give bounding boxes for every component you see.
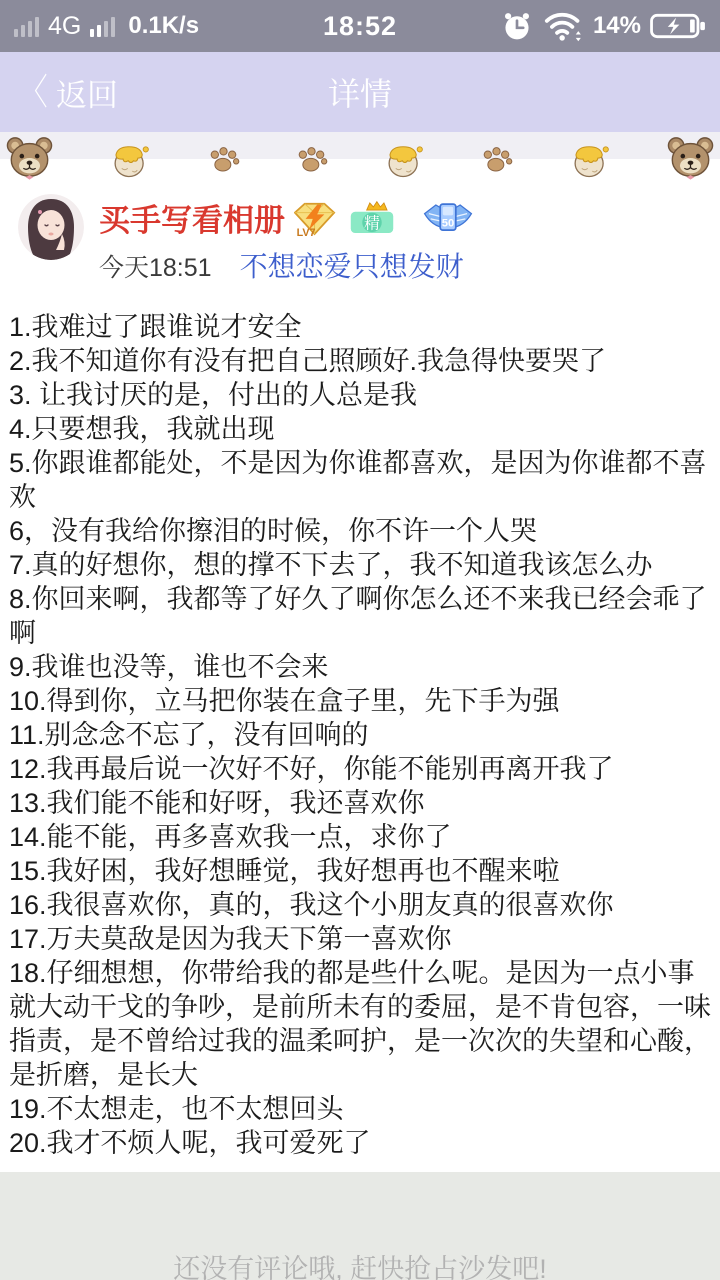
post-line: 17.万夫莫敌是因为我天下第一喜欢你 — [9, 922, 711, 956]
wifi-icon — [542, 9, 584, 43]
status-bar: 4G 0.1K/s 18:52 14% — [0, 0, 720, 52]
network-speed-label: 0.1K/s — [128, 12, 199, 40]
post-line: 1.我难过了跟谁说才安全 — [9, 310, 711, 344]
back-label: 返回 — [56, 70, 118, 115]
post-header-info: 买手写看相册 LV7 精 — [99, 194, 474, 285]
post-line: 13.我们能不能和好呀，我还喜欢你 — [9, 786, 711, 820]
paw-icon — [480, 144, 513, 176]
nav-bar: 〈 返回 详情 — [0, 52, 720, 132]
topic-link[interactable]: 不想恋爱只想发财 — [240, 245, 464, 285]
post-line: 18.仔细想想，你带给我的都是些什么呢。是因为一点小事就大动干戈的争吵，是前所未… — [9, 956, 711, 1092]
svg-text:LV7: LV7 — [297, 226, 316, 237]
post-line: 20.我才不烦人呢，我可爱死了 — [9, 1126, 711, 1160]
post-line: 7.真的好想你，想的撑不下去了，我不知道我该怎么办 — [9, 548, 711, 582]
page-title: 详情 — [328, 69, 392, 115]
post-line: 5.你跟谁都能处，不是因为你谁都喜欢，是因为你谁都不喜欢 — [9, 446, 711, 514]
decorative-icons-row — [0, 135, 720, 181]
status-time: 18:52 — [323, 11, 397, 42]
signal-bars-icon — [14, 15, 39, 37]
post-line: 11.别念念不忘了，没有回响的 — [9, 718, 711, 752]
post-line: 12.我再最后说一次好不好，你能不能别再离开我了 — [9, 752, 711, 786]
level-lv7-badge-icon: LV7 — [294, 198, 344, 238]
featured-jing-badge-icon: 精 — [349, 197, 395, 239]
username[interactable]: 买手写看相册 — [99, 195, 285, 240]
empty-comments-text: 还没有评论哦, 赶快抢占沙发吧! — [173, 1247, 547, 1280]
paw-icon — [295, 144, 328, 176]
wings-level-badge-icon: 50 — [422, 197, 474, 239]
alarm-clock-icon — [501, 10, 533, 42]
back-chevron-icon: 〈 — [21, 74, 48, 110]
post-line: 10.得到你，立马把你装在盒子里，先下手为强 — [9, 684, 711, 718]
post-timestamp: 今天18:51 — [99, 248, 212, 284]
post-line: 9.我谁也没等，谁也不会来 — [9, 650, 711, 684]
post-line: 15.我好困，我好想睡觉，我好想再也不醒来啦 — [9, 854, 711, 888]
post-line: 19.不太想走，也不太想回头 — [9, 1092, 711, 1126]
bear-icon — [666, 135, 715, 181]
post-line: 4.只要想我，我就出现 — [9, 412, 711, 446]
comments-section: 还没有评论哦, 赶快抢占沙发吧! — [0, 1172, 720, 1280]
status-right: 14% — [397, 9, 706, 43]
paw-icon — [207, 144, 240, 176]
post-body: 1.我难过了跟谁说才安全 2.我不知道你有没有把自己照顾好.我急得快要哭了 3.… — [0, 285, 720, 1172]
network-type-label: 4G — [48, 12, 81, 41]
avatar[interactable] — [18, 194, 84, 260]
post-line: 16.我很喜欢你，真的，我这个小朋友真的很喜欢你 — [9, 888, 711, 922]
honey-pot-icon — [569, 137, 611, 181]
post-header: 买手写看相册 LV7 精 — [0, 186, 720, 285]
back-button[interactable]: 〈 返回 — [16, 52, 118, 132]
post-line: 2.我不知道你有没有把自己照顾好.我急得快要哭了 — [9, 344, 711, 378]
post-line: 6，没有我给你擦泪的时候，你不许一个人哭 — [9, 514, 711, 548]
decorative-border-strip — [0, 132, 720, 186]
battery-percent-label: 14% — [593, 12, 641, 40]
post-line: 8.你回来啊，我都等了好久了啊你怎么还不来我已经会乖了啊 — [9, 582, 711, 650]
post-line: 14.能不能，再多喜欢我一点，求你了 — [9, 820, 711, 854]
status-left: 4G 0.1K/s — [14, 12, 323, 41]
battery-charging-icon — [650, 13, 706, 39]
app-screen: 4G 0.1K/s 18:52 14% — [0, 0, 720, 1280]
svg-text:50: 50 — [442, 217, 455, 229]
svg-text:精: 精 — [364, 214, 380, 232]
signal-bars-2-icon — [90, 15, 115, 37]
honey-pot-icon — [109, 137, 151, 181]
post-line: 3. 让我讨厌的是，付出的人总是我 — [9, 378, 711, 412]
bear-icon — [5, 135, 54, 181]
avatar-image — [18, 194, 84, 260]
honey-pot-icon — [383, 137, 425, 181]
